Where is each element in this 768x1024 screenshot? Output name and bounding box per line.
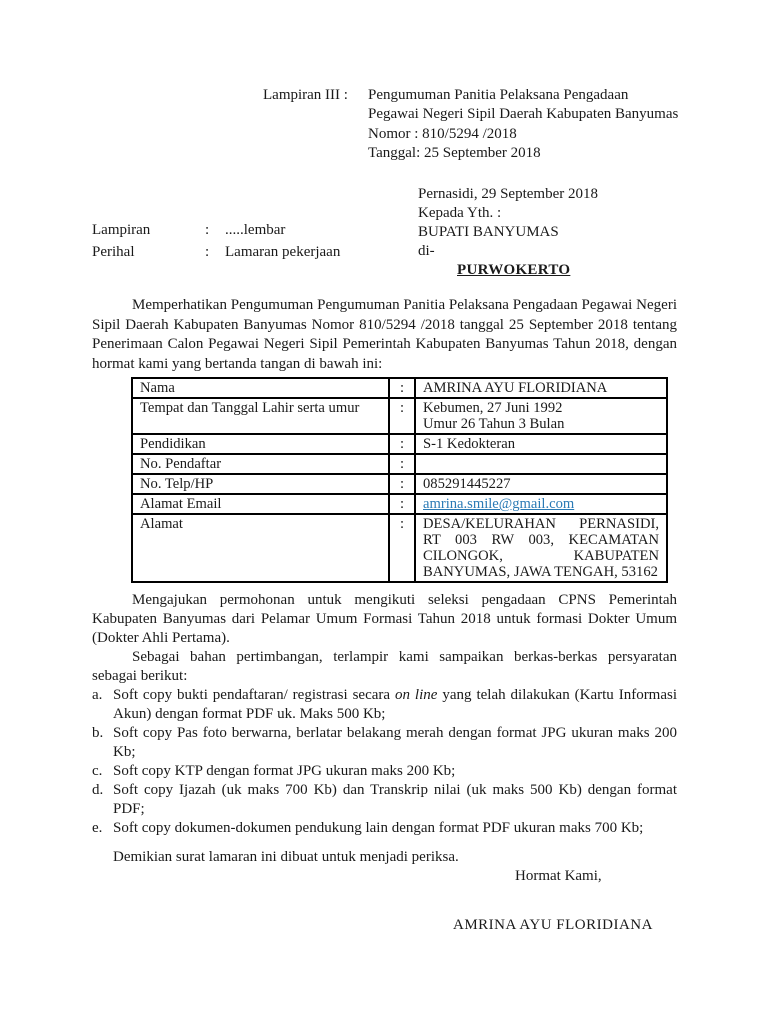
row-colon: : <box>389 454 415 474</box>
email-link[interactable]: amrina.smile@gmail.com <box>423 496 574 512</box>
list-item-text: Soft copy KTP dengan format JPG ukuran m… <box>113 762 677 781</box>
document-page: Lampiran III : Pengumuman Panitia Pelaks… <box>0 0 768 1024</box>
row-label: Pendidikan <box>132 434 389 454</box>
list-item-text: Soft copy dokumen-dokumen pendukung lain… <box>113 819 677 838</box>
signoff: Hormat Kami, <box>515 867 677 886</box>
table-row-email: Alamat Email : amrina.smile@gmail.com <box>132 494 667 514</box>
list-marker: e. <box>92 819 113 838</box>
list-item: b. Soft copy Pas foto berwarna, berlatar… <box>92 724 677 762</box>
table-row-telp: No. Telp/HP : 085291445227 <box>132 474 667 494</box>
signature-name: AMRINA AYU FLORIDIANA <box>453 916 677 935</box>
recipient-city: PURWOKERTO <box>457 261 598 280</box>
meta-label: Lampiran <box>92 220 205 242</box>
attachment-header-line: Pegawai Negeri Sipil Daerah Kabupaten Ba… <box>368 105 678 124</box>
list-item-text: Soft copy Ijazah (uk maks 700 Kb) dan Tr… <box>113 781 677 819</box>
place-date: Pernasidi, 29 September 2018 <box>418 185 598 204</box>
addressee-block: Pernasidi, 29 September 2018 Kepada Yth.… <box>418 185 598 280</box>
row-value: DESA/KELURAHAN PERNASIDI, RT 003 RW 003,… <box>415 514 667 582</box>
attachment-header-line: Pengumuman Panitia Pelaksana Pengadaan <box>368 86 678 105</box>
list-marker: a. <box>92 686 113 724</box>
row-label: Tempat dan Tanggal Lahir serta umur <box>132 398 389 434</box>
attachment-header-label: Lampiran III : <box>263 86 368 164</box>
list-item: c. Soft copy KTP dengan format JPG ukura… <box>92 762 677 781</box>
list-item-text-em: on line <box>395 687 437 703</box>
row-label: Nama <box>132 378 389 398</box>
attachment-header-line: Tanggal: 25 September 2018 <box>368 144 678 163</box>
meta-row-perihal: Perihal : Lamaran pekerjaan <box>92 242 340 264</box>
meta-colon: : <box>205 220 225 242</box>
list-item: d. Soft copy Ijazah (uk maks 700 Kb) dan… <box>92 781 677 819</box>
request-paragraph: Mengajukan permohonan untuk mengikuti se… <box>92 591 677 648</box>
table-row-nama: Nama : AMRINA AYU FLORIDIANA <box>132 378 667 398</box>
letter-body: Mengajukan permohonan untuk mengikuti se… <box>92 591 677 935</box>
opening-paragraph: Memperhatikan Pengumuman Pengumuman Pani… <box>92 296 677 374</box>
list-item-text: Soft copy Pas foto berwarna, berlatar be… <box>113 724 677 762</box>
list-marker: b. <box>92 724 113 762</box>
attachment-header: Lampiran III : Pengumuman Panitia Pelaks… <box>263 86 678 164</box>
recipient: BUPATI BANYUMAS <box>418 223 598 242</box>
list-item-text-pre: Soft copy bukti pendaftaran/ registrasi … <box>113 687 395 703</box>
letter-meta: Lampiran : .....lembar Perihal : Lamaran… <box>92 220 340 263</box>
row-label: No. Telp/HP <box>132 474 389 494</box>
list-item: e. Soft copy dokumen-dokumen pendukung l… <box>92 819 677 838</box>
table-row-alamat: Alamat : DESA/KELURAHAN PERNASIDI, RT 00… <box>132 514 667 582</box>
meta-label: Perihal <box>92 242 205 264</box>
di-line: di- <box>418 242 598 261</box>
attachment-list: a. Soft copy bukti pendaftaran/ registra… <box>92 686 677 838</box>
list-item: a. Soft copy bukti pendaftaran/ registra… <box>92 686 677 724</box>
row-label: No. Pendaftar <box>132 454 389 474</box>
meta-row-lampiran: Lampiran : .....lembar <box>92 220 340 242</box>
row-label: Alamat <box>132 514 389 582</box>
row-label: Alamat Email <box>132 494 389 514</box>
row-value: Kebumen, 27 Juni 1992 Umur 26 Tahun 3 Bu… <box>415 398 667 434</box>
attachments-intro: Sebagai bahan pertimbangan, terlampir ka… <box>92 648 677 686</box>
row-colon: : <box>389 514 415 582</box>
row-value: AMRINA AYU FLORIDIANA <box>415 378 667 398</box>
row-colon: : <box>389 398 415 434</box>
attachment-header-line: Nomor : 810/5294 /2018 <box>368 125 678 144</box>
row-value <box>415 454 667 474</box>
row-colon: : <box>389 434 415 454</box>
list-item-text: Soft copy bukti pendaftaran/ registrasi … <box>113 686 677 724</box>
table-row-pendidikan: Pendidikan : S-1 Kedokteran <box>132 434 667 454</box>
table-row-no-pendaftar: No. Pendaftar : <box>132 454 667 474</box>
list-marker: c. <box>92 762 113 781</box>
applicant-data-table: Nama : AMRINA AYU FLORIDIANA Tempat dan … <box>131 377 668 583</box>
list-marker: d. <box>92 781 113 819</box>
table-row-ttl: Tempat dan Tanggal Lahir serta umur : Ke… <box>132 398 667 434</box>
row-colon: : <box>389 378 415 398</box>
meta-value: Lamaran pekerjaan <box>225 242 340 264</box>
row-value: 085291445227 <box>415 474 667 494</box>
attachment-header-lines: Pengumuman Panitia Pelaksana Pengadaan P… <box>368 86 678 164</box>
row-colon: : <box>389 474 415 494</box>
closing-paragraph: Demikian surat lamaran ini dibuat untuk … <box>113 848 677 867</box>
row-colon: : <box>389 494 415 514</box>
row-value: S-1 Kedokteran <box>415 434 667 454</box>
meta-colon: : <box>205 242 225 264</box>
salutation: Kepada Yth. : <box>418 204 598 223</box>
meta-value: .....lembar <box>225 220 285 242</box>
